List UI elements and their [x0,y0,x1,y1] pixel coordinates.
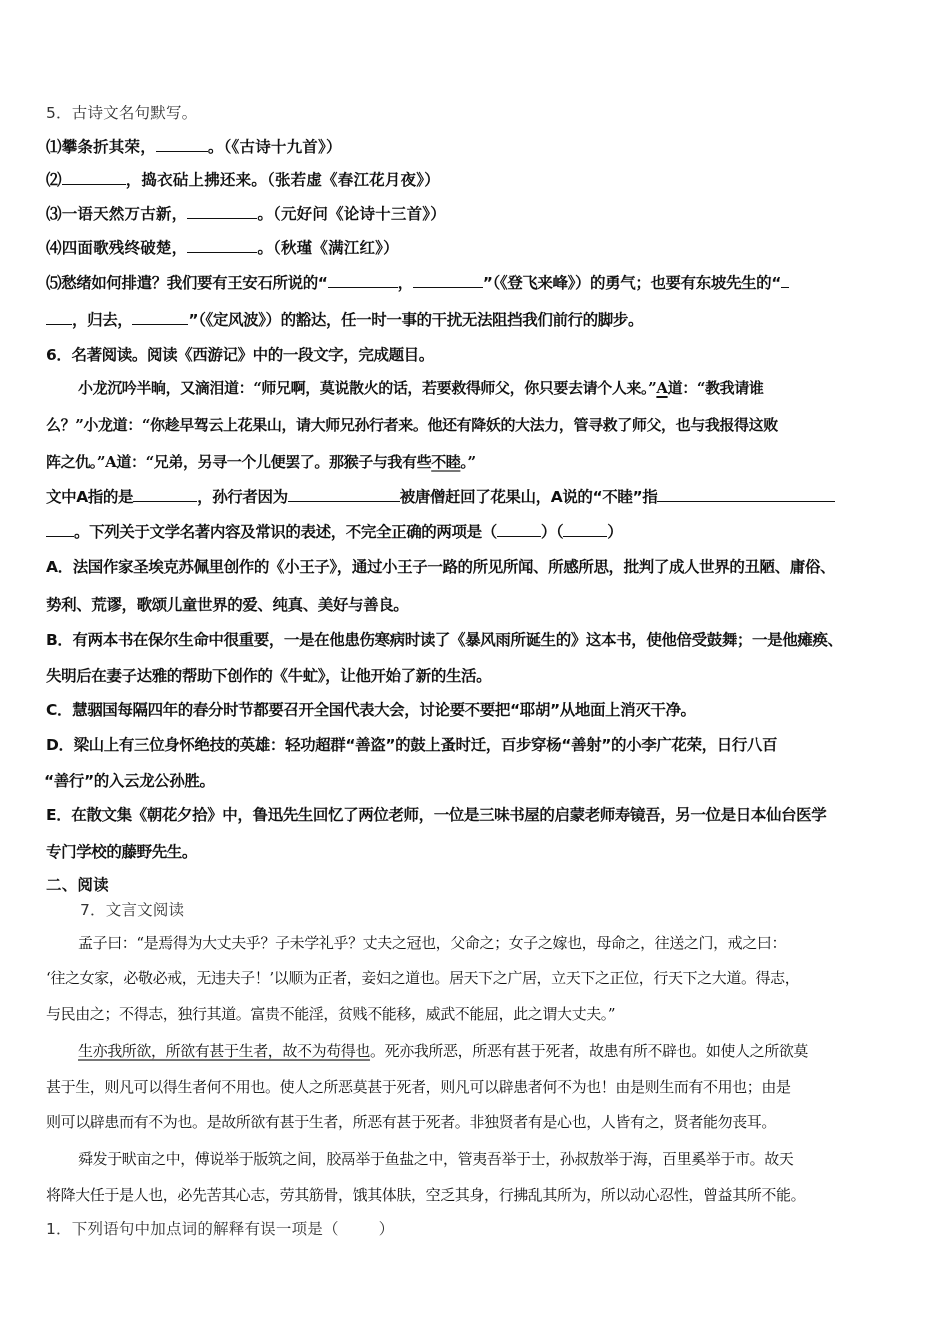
q6-question-line2: 。下列关于文学名著内容及常识的表述，不完全正确的两项是（）（） [46,522,622,542]
q7-title: 7．文言文阅读 [80,900,184,920]
q6-option-a-line2: 势利、荒谬，歌颂儿童世界的爱、纯真、美好与善良。 [46,595,408,615]
answer-blank[interactable] [187,204,257,219]
answer-blank[interactable] [62,170,126,185]
classical-p3-line2: 将降大任于是人也，必先苦其心志，劳其筋骨，饿其体肤，空乏其身，行拂乱其所为，所以… [46,1185,805,1205]
answer-blank[interactable] [413,273,483,288]
answer-blank[interactable] [187,238,257,253]
classical-p3-line1: 舜发于畎亩之中，傅说举于版筑之间，胶鬲举于鱼盐之中，管夷吾举于士，孙叔敖举于海，… [78,1149,793,1169]
answer-blank[interactable] [288,487,400,502]
classical-p1-line1: 孟子曰：“是焉得为大丈夫乎？子未学礼乎？丈夫之冠也，父命之；女子之嫁也，母命之，… [78,933,786,953]
classical-p2-line3: 则可以辟患而有不为也。是故所欲有甚于生者，所恶有甚于死者。非独贤者有是心也，人皆… [46,1112,776,1132]
classical-p2-line2: 甚于生，则凡可以得生者何不用也。使人之所恶莫甚于死者，则凡可以辟患者何不为也！由… [46,1077,791,1097]
q6-passage-line3: 阵之仇。”A道：“兄弟，另寻一个儿便罢了。那猴子与我有些不睦。” [46,452,476,472]
q6-option-e-line1: E．在散文集《朝花夕拾》中，鲁迅先生回忆了两位老师，一位是三味书屋的启蒙老师寿镜… [46,805,826,825]
answer-blank[interactable] [132,310,188,325]
q6-option-c: C．慧骃国每隔四年的春分时节都要召开全国代表大会，讨论要不要把“耶胡”从地面上消… [46,700,696,720]
sub-question-1: 1．下列语句中加点词的解释有误一项是（） [46,1219,394,1239]
underlined-sentence: 生亦我所欲，所欲有甚于生者，故不为苟得也 [78,1042,370,1060]
classical-p1-line3: 与民由之；不得志，独行其道。富贵不能淫，贫贱不能移，威武不能屈，此之谓大丈夫。” [46,1004,615,1024]
section-heading: 二、阅读 [46,875,109,895]
answer-blank[interactable] [133,487,197,502]
q6-option-a-line1: A．法国作家圣埃克苏佩里创作的《小王子》，通过小王子一路的所见所闻、所感所思，批… [46,557,835,577]
q5-item-4: ⑷四面歌残终破楚，。（秋瑾《满江红》） [46,238,399,258]
q5-item-5-line1: ⑸愁绪如何排遣？我们要有王安石所说的“，”（《登飞来峰》）的勇气；也要有东坡先生… [46,273,789,293]
answer-blank[interactable] [497,522,541,537]
q5-item-5-line2: ，归去，”（《定风波》）的豁达，任一时一事的干扰无法阻挡我们前行的脚步。 [46,310,643,330]
q6-option-b-line1: B．有两本书在保尔生命中很重要，一是在他患伤寒病时读了《暴风雨所诞生的》这本书，… [46,630,843,650]
q5-item-3: ⑶一语天然万古新，。（元好问《论诗十三首》） [46,204,446,224]
q5-item-1: ⑴攀条折其荣，。（《古诗十九首》） [46,137,342,157]
q6-passage-line1: 小龙沉吟半晌，又滴泪道：“师兄啊，莫说散火的话，若要救得师父，你只要去请个人来。… [78,378,763,398]
q6-question-line1: 文中A指的是，孙行者因为被唐僧赶回了花果山，A说的“不睦”指 [46,487,835,507]
answer-blank[interactable] [46,522,74,537]
answer-blank[interactable] [156,137,208,152]
q6-option-d-line2: “善行”的入云龙公孙胜。 [44,771,215,791]
answer-blank[interactable] [781,273,789,288]
classical-p1-line2: ‘往之女家，必敬必戒，无违夫子！’以顺为正者，妾妇之道也。居天下之广居，立天下之… [46,968,799,988]
q6-passage-line2: 么？”小龙道：“你趁早驾云上花果山，请大师兄孙行者来。他还有降妖的大法力，管寻救… [46,415,778,435]
q6-option-d-line1: D．梁山上有三位身怀绝技的英雄：轻功超群“善盗”的鼓上蚤时迁，百步穿杨“善射”的… [46,735,777,755]
q6-option-e-line2: 专门学校的藤野先生。 [46,842,197,862]
q6-option-b-line2: 失明后在妻子达雅的帮助下创作的《牛虻》，让他开始了新的生活。 [46,666,491,686]
answer-blank[interactable] [563,522,607,537]
answer-blank[interactable] [328,273,398,288]
exam-page: 5．古诗文名句默写。 ⑴攀条折其荣，。（《古诗十九首》） ⑵，捣衣砧上拂还来。（… [0,0,950,1344]
q5-item-2: ⑵，捣衣砧上拂还来。（张若虚《春江花月夜》） [46,170,440,190]
answer-blank[interactable] [46,310,72,325]
q6-title: 6．名著阅读。阅读《西游记》中的一段文字，完成题目。 [46,345,434,365]
classical-p2-line1: 生亦我所欲，所欲有甚于生者，故不为苟得也。死亦我所恶，所恶有甚于死者，故患有所不… [78,1041,808,1061]
q5-title: 5．古诗文名句默写。 [46,103,197,123]
answer-blank[interactable] [657,487,835,502]
